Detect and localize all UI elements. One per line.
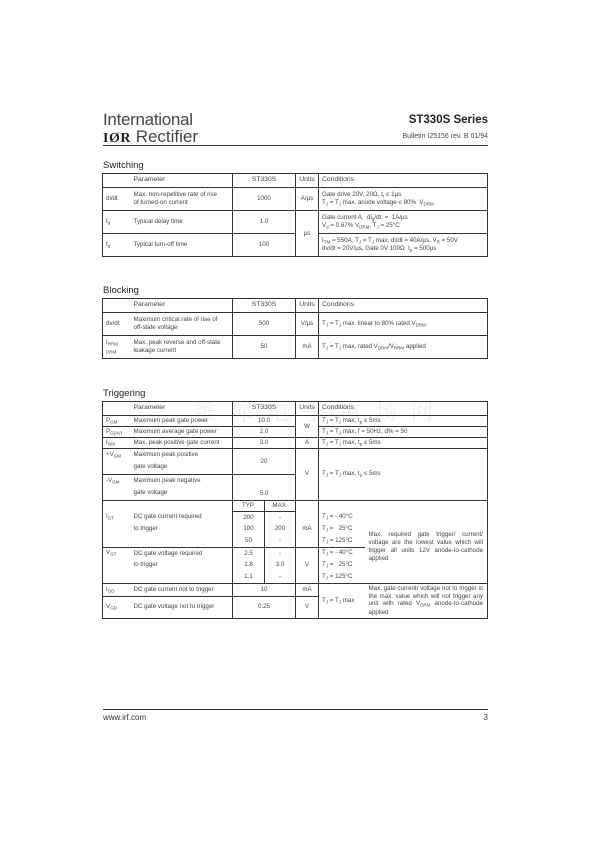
symbol: IGM	[103, 438, 131, 449]
conditions: Gate current A, dig/dt = 1A/µs Vd = 0.67…	[319, 211, 488, 234]
table-row: td Typical delay time 1.0 µs Gate curren…	[103, 211, 488, 234]
conditions: TJ = TJ max, f = 50Hz, d% = 50	[319, 427, 488, 438]
symbol: PG(AV)	[103, 427, 131, 438]
symbol: di/dt	[103, 188, 131, 211]
parameter: Max. peak reverse and off-stateleakage c…	[131, 336, 233, 359]
col-conditions: Conditions	[319, 402, 488, 416]
logo-rectifier: IØR Rectifier	[103, 127, 198, 147]
parameter: Max. non-repetitive rate of riseof turne…	[131, 188, 233, 211]
parameter: Typical delay time	[131, 211, 233, 234]
value: 0.25	[233, 596, 296, 618]
gd-note: Max. gate current/ voltage not to trigge…	[365, 583, 488, 618]
table-header-row: Parameter ST330S Units Conditions	[103, 299, 488, 313]
units: A	[296, 438, 319, 449]
col-units: Units	[296, 402, 319, 416]
units: W	[296, 416, 319, 438]
value: 1.0	[233, 211, 296, 234]
table-row: +VGM Maximum peak positivegate voltage 2…	[103, 449, 488, 475]
value: 100	[233, 234, 296, 257]
value: 3.0	[233, 438, 296, 449]
units: mA	[296, 511, 319, 547]
value: 5.0	[233, 474, 296, 500]
footer-url[interactable]: www.irf.com	[103, 713, 146, 722]
table-row-igt: IGT DC gate current required 200 - mA TJ…	[103, 511, 488, 523]
table-header-row: Parameter ST330S Units Conditions	[103, 174, 488, 188]
units: A/µs	[296, 188, 319, 211]
conditions: TJ = TJ max. linear to 80% rated VDRM	[319, 313, 488, 336]
value: 10.0	[233, 416, 296, 427]
parameter: Maximum peak positivegate voltage	[131, 449, 233, 475]
col-max: MAX.	[265, 500, 296, 511]
parameter: DC gate current not to trigger	[131, 583, 233, 596]
col-units: Units	[296, 174, 319, 188]
symbol: PGM	[103, 416, 131, 427]
conditions: TJ = TJ max, tp ≤ 5ms	[319, 438, 488, 449]
section-title-blocking: Blocking	[103, 285, 139, 296]
symbol: -VGM	[103, 474, 131, 500]
bulletin-number: Bulletin I25156 rev. B 01/94	[403, 133, 488, 140]
value: 1000	[233, 188, 296, 211]
typ-max-header-row: TYP. MAX.	[103, 500, 488, 511]
units: µs	[296, 211, 319, 257]
symbol: VGT	[103, 547, 131, 559]
col-parameter: Parameter	[131, 299, 233, 313]
value: 50	[233, 336, 296, 359]
col-conditions: Conditions	[319, 299, 488, 313]
conditions: Gate drive 20V, 20Ω, tr ≤ 1µs TJ = TJ ma…	[319, 188, 488, 211]
parameter: Typical turn-off time	[131, 234, 233, 257]
parameter: Maximum peak negativegate voltage	[131, 474, 233, 500]
switching-table: Parameter ST330S Units Conditions di/dt …	[102, 173, 488, 257]
footer-rule	[103, 709, 488, 710]
symbol: VGD	[103, 596, 131, 618]
header-rule	[103, 145, 488, 146]
table-row: IGM Max. peak positive gate current 3.0 …	[103, 438, 488, 449]
symbol: IGT	[103, 511, 131, 523]
table-row: dv/dt Maximum critical rate of rise ofof…	[103, 313, 488, 336]
ior-logo-mark: IØR	[103, 131, 131, 146]
symbol: td	[103, 211, 131, 234]
parameter: DC gate voltage not to trigger	[131, 596, 233, 618]
col-conditions: Conditions	[319, 174, 488, 188]
conditions: TJ = TJ max, tp ≤ 5ms	[319, 449, 488, 501]
col-units: Units	[296, 299, 319, 313]
units: mA	[296, 583, 319, 596]
symbol: IGD	[103, 583, 131, 596]
col-typ: TYP.	[233, 500, 265, 511]
value: 20	[233, 449, 296, 475]
table-header-row: Parameter ST330S Units Conditions	[103, 402, 488, 416]
col-device: ST330S	[233, 299, 296, 313]
table-row: tq Typical turn-off time 100 ITM = 550A,…	[103, 234, 488, 257]
units: V	[296, 547, 319, 583]
value: 2.0	[233, 427, 296, 438]
units: V	[296, 596, 319, 618]
series-title: ST330S Series	[409, 114, 488, 126]
gd-conditions: TJ = TJ max	[319, 583, 365, 618]
conditions: TJ = TJ max, rated VDRM/VRRM applied	[319, 336, 488, 359]
parameter: DC gate voltage required	[131, 547, 233, 559]
section-title-triggering: Triggering	[103, 388, 145, 399]
logo-rectifier-text: Rectifier	[136, 127, 198, 146]
blocking-table: Parameter ST330S Units Conditions dv/dt …	[102, 298, 488, 359]
col-device: ST330S	[233, 402, 296, 416]
table-row: IRRMDRM Max. peak reverse and off-statel…	[103, 336, 488, 359]
col-parameter: Parameter	[131, 174, 233, 188]
section-title-switching: Switching	[103, 160, 144, 171]
symbol: dv/dt	[103, 313, 131, 336]
gt-note: Max. required gate trigger/ current/ vol…	[365, 511, 488, 583]
col-device: ST330S	[233, 174, 296, 188]
value: 500	[233, 313, 296, 336]
triggering-table: Parameter ST330S Units Conditions PGM Ma…	[102, 401, 488, 619]
parameter: Maximum average gate power	[131, 427, 233, 438]
units: V	[296, 449, 319, 501]
table-row: di/dt Max. non-repetitive rate of riseof…	[103, 188, 488, 211]
symbol: IRRMDRM	[103, 336, 131, 359]
conditions: TJ = TJ max, tp ≤ 5ms	[319, 416, 488, 427]
parameter: Max. peak positive gate current	[131, 438, 233, 449]
table-row: PG(AV) Maximum average gate power 2.0 TJ…	[103, 427, 488, 438]
conditions: ITM = 550A, TJ = TJ max, di/dt = 40A/µs,…	[319, 234, 488, 257]
units: V/µs	[296, 313, 319, 336]
table-row-igd: IGD DC gate current not to trigger 10 mA…	[103, 583, 488, 596]
parameter: Maximum critical rate of rise ofoff-stat…	[131, 313, 233, 336]
symbol: tq	[103, 234, 131, 257]
col-parameter: Parameter	[131, 402, 233, 416]
table-row: PGM Maximum peak gate power 10.0 W TJ = …	[103, 416, 488, 427]
page-number: 3	[484, 713, 488, 722]
value: 10	[233, 583, 296, 596]
parameter: DC gate current required	[131, 511, 233, 523]
symbol: +VGM	[103, 449, 131, 475]
parameter: Maximum peak gate power	[131, 416, 233, 427]
units: mA	[296, 336, 319, 359]
